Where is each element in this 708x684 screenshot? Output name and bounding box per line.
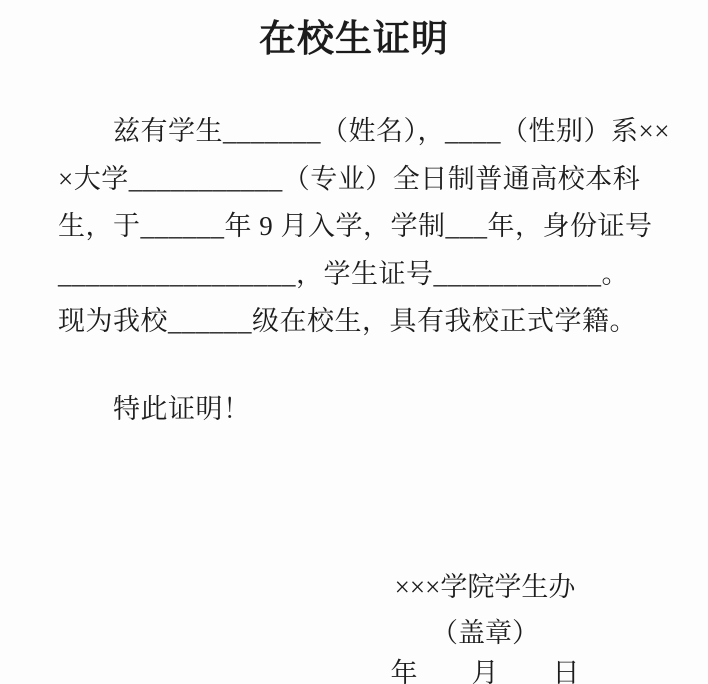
body-line-1: 兹有学生_______（姓名），____（性别）系××	[58, 108, 658, 156]
closing-statement: 特此证明！	[113, 392, 251, 426]
signature-block: ×××学院学生办 （盖章） 年 月 日	[385, 570, 585, 684]
body-line-2: ×大学___________（专业）全日制普通高校本科	[58, 156, 658, 204]
seal-placeholder: （盖章）	[385, 616, 585, 650]
document-title: 在校生证明	[0, 8, 708, 62]
body-line-5: 现为我校______级在校生，具有我校正式学籍。	[58, 298, 658, 346]
body-line-4: _________________，学生证号____________。	[58, 251, 658, 299]
certificate-document: 在校生证明 兹有学生_______（姓名），____（性别）系×× ×大学___…	[0, 0, 708, 684]
certificate-body: 兹有学生_______（姓名），____（性别）系×× ×大学_________…	[58, 108, 658, 346]
issuing-office: ×××学院学生办	[385, 570, 585, 604]
date-line: 年 月 日	[385, 656, 585, 684]
body-line-3: 生，于______年 9 月入学，学制___年，身份证号	[58, 203, 658, 251]
